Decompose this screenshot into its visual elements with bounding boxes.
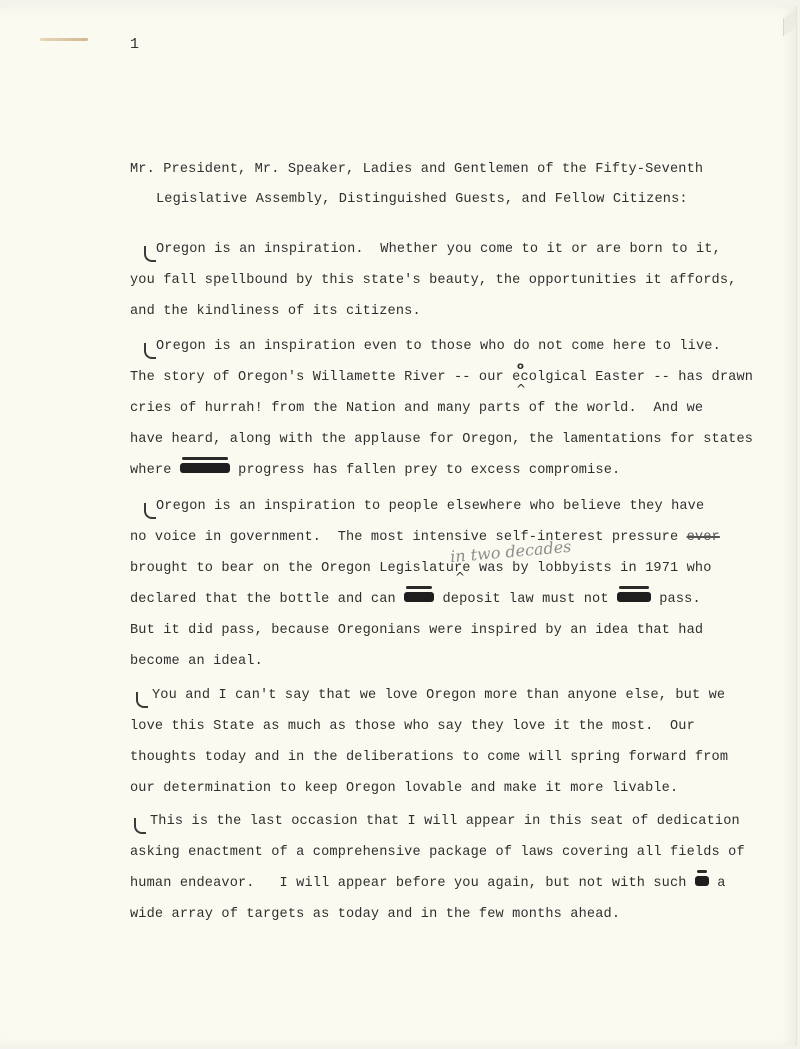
paragraph-mark-icon xyxy=(136,692,148,708)
paragraph-2-line-4: have heard, along with the applause for … xyxy=(130,432,753,447)
paragraph-3-line-6: become an ideal. xyxy=(130,654,263,669)
insertion-caret-icon: ^ xyxy=(455,570,465,584)
paragraph-4-line-2: love this State as much as those who say… xyxy=(130,719,695,734)
redaction-mark xyxy=(695,876,709,886)
line-text: pass. xyxy=(659,592,701,607)
insertion-caret-icon: ^ xyxy=(516,382,526,396)
paragraph-mark-icon xyxy=(144,503,156,519)
paragraph-4-line-4: our determination to keep Oregon lovable… xyxy=(130,781,678,796)
paragraph-5-line-2: asking enactment of a comprehensive pack… xyxy=(130,845,745,860)
paragraph-5-line-1: This is the last occasion that I will ap… xyxy=(150,814,740,829)
line-text: declared that the bottle and can xyxy=(130,592,396,607)
paragraph-1-line-1: Oregon is an inspiration. Whether you co… xyxy=(156,242,721,257)
paragraph-1-line-2: you fall spellbound by this state's beau… xyxy=(130,273,736,288)
paragraph-3-line-4: declared that the bottle and can deposit… xyxy=(130,592,701,607)
redaction-mark xyxy=(404,592,434,602)
paragraph-mark-icon xyxy=(144,246,156,262)
paragraph-3-line-1: Oregon is an inspiration to people elsew… xyxy=(156,499,704,514)
redaction-mark xyxy=(617,592,651,602)
tape-stain xyxy=(40,38,88,41)
paragraph-4-line-3: thoughts today and in the deliberations … xyxy=(130,750,728,765)
line-text: progress has fallen prey to excess compr… xyxy=(238,463,620,478)
line-text: brought to bear on the Oregon Legislatur… xyxy=(130,561,471,576)
paragraph-2-line-3: cries of hurrah! from the Nation and man… xyxy=(130,401,703,416)
paragraph-1-line-3: and the kindliness of its citizens. xyxy=(130,304,421,319)
line-text: was by lobbyists in 1971 who xyxy=(479,561,712,576)
paragraph-3-line-5: But it did pass, because Oregonians were… xyxy=(130,623,703,638)
paragraph-mark-icon xyxy=(134,818,146,834)
paragraph-2-line-5: where progress has fallen prey to excess… xyxy=(130,463,620,478)
salutation-line-1: Mr. President, Mr. Speaker, Ladies and G… xyxy=(130,162,703,177)
line-text: where xyxy=(130,463,172,478)
document-page: 1 Mr. President, Mr. Speaker, Ladies and… xyxy=(0,6,797,1046)
paragraph-3-line-3: brought to bear on the Oregon Legislatur… xyxy=(130,561,712,576)
line-text: deposit law must not xyxy=(442,592,608,607)
struck-word: ever xyxy=(687,530,720,545)
paragraph-4-line-1: You and I can't say that we love Oregon … xyxy=(152,688,725,703)
paragraph-3-line-2: no voice in government. The most intensi… xyxy=(130,530,720,545)
line-text: human endeavor. I will appear before you… xyxy=(130,876,687,891)
page-number: 1 xyxy=(130,36,139,53)
paragraph-5-line-4: wide array of targets as today and in th… xyxy=(130,907,620,922)
line-text: no voice in government. The most intensi… xyxy=(130,530,678,545)
redaction-mark xyxy=(180,463,230,473)
paragraph-5-line-3: human endeavor. I will appear before you… xyxy=(130,876,726,891)
salutation-line-2: Legislative Assembly, Distinguished Gues… xyxy=(156,192,688,207)
line-text: a xyxy=(717,876,725,891)
paragraph-2-line-1: Oregon is an inspiration even to those w… xyxy=(156,339,721,354)
paragraph-2-line-2: The story of Oregon's Willamette River -… xyxy=(130,370,753,385)
folded-corner xyxy=(783,9,796,36)
paragraph-mark-icon xyxy=(144,343,156,359)
